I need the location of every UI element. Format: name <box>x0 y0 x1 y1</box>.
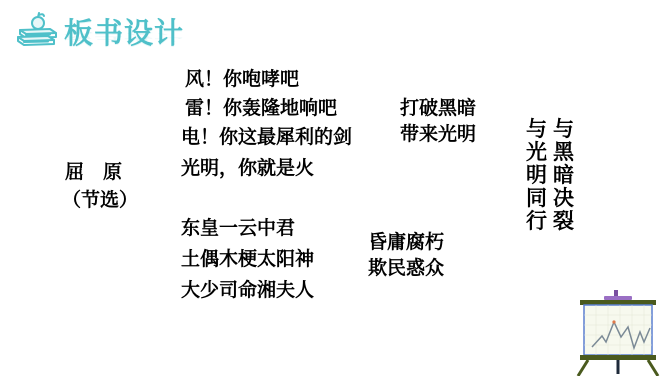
upper-theme: 打破黑暗 带来光明 <box>400 95 476 147</box>
books-apple-icon <box>14 12 62 46</box>
vertical-char: 与 <box>553 118 574 141</box>
vertical-char: 明 <box>526 164 547 187</box>
upper-line: 光明，你就是火 <box>181 154 352 183</box>
lower-lines: 东皇一云中君 土偶木梗太阳神 大少司命湘夫人 <box>181 213 314 306</box>
theme-line: 带来光明 <box>400 121 476 147</box>
vertical-char: 同 <box>526 187 547 210</box>
lower-line: 土偶木梗太阳神 <box>181 244 314 275</box>
lower-line: 东皇一云中君 <box>181 213 314 244</box>
theme-line: 昏庸腐朽 <box>368 229 444 255</box>
vertical-column-light: 与 光 明 同 行 <box>526 118 547 233</box>
vertical-char: 黑 <box>553 141 574 164</box>
vertical-char: 决 <box>553 187 574 210</box>
subject-title: 屈 原 <box>65 158 122 187</box>
lower-theme: 昏庸腐朽 欺民惑众 <box>368 229 444 281</box>
theme-line: 欺民惑众 <box>368 255 444 281</box>
vertical-column-dark: 与 黑 暗 决 裂 <box>553 118 574 233</box>
vertical-char: 与 <box>526 118 547 141</box>
upper-line: 风！你咆哮吧 <box>185 65 352 94</box>
upper-line: 雷！你轰隆地响吧 <box>185 94 352 123</box>
vertical-char: 行 <box>526 210 547 233</box>
lower-line: 大少司命湘夫人 <box>181 275 314 306</box>
vertical-char: 暗 <box>553 164 574 187</box>
upper-line: 电！你这最犀利的剑 <box>181 123 352 152</box>
vertical-char: 裂 <box>553 210 574 233</box>
subject-subtitle: （节选） <box>62 186 138 215</box>
theme-line: 打破黑暗 <box>400 95 476 121</box>
title-reflection: 板书设计 <box>64 30 184 44</box>
upper-lines: 风！你咆哮吧 雷！你轰隆地响吧 电！你这最犀利的剑 光明，你就是火 <box>181 65 352 183</box>
easel-chart-icon <box>576 290 660 376</box>
vertical-char: 光 <box>526 141 547 164</box>
